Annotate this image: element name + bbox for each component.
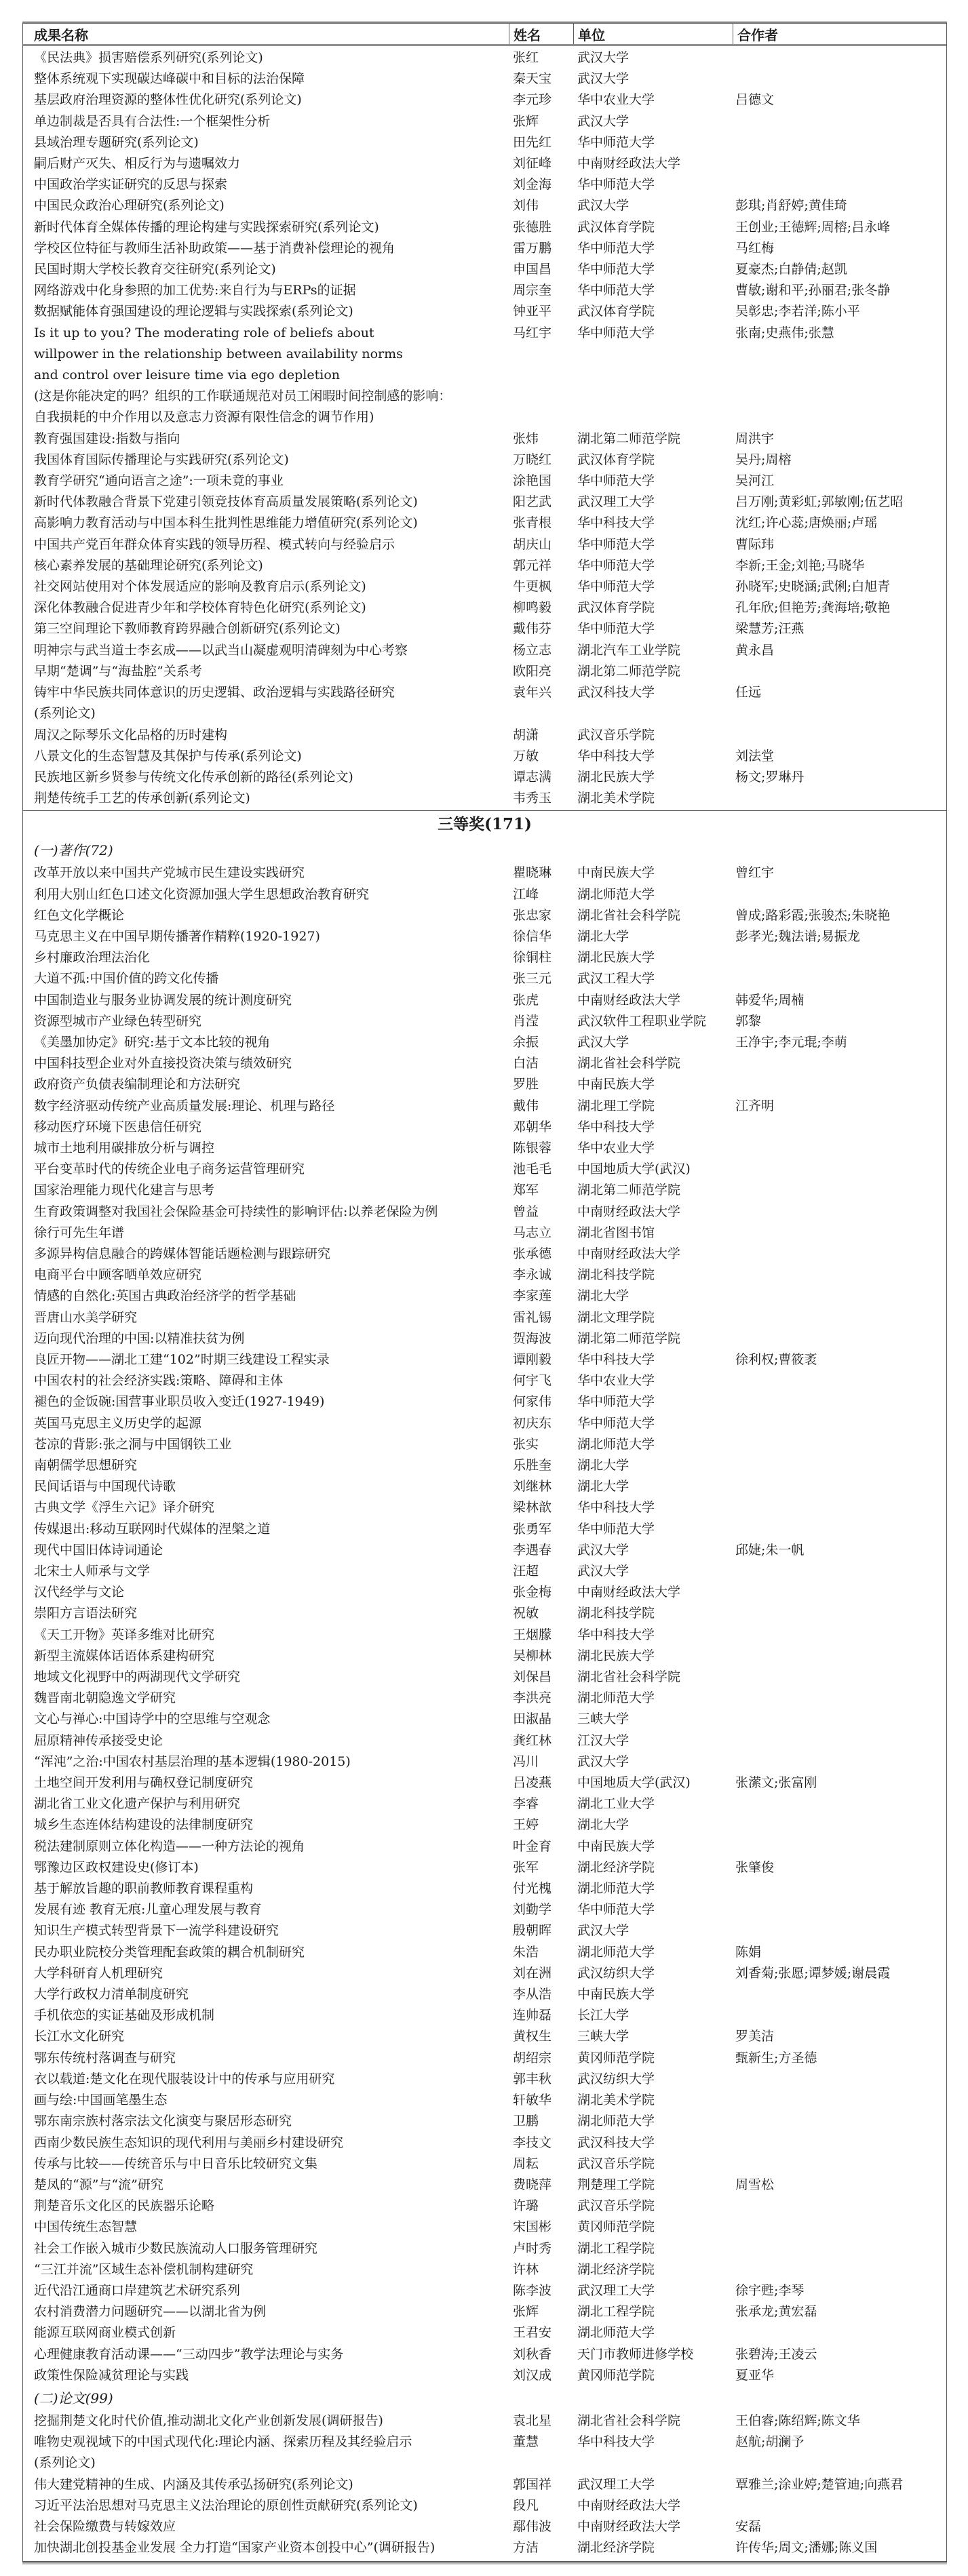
institution: 湖北工程学院 <box>573 2238 733 2259</box>
institution: 华中农业大学 <box>573 90 733 111</box>
result-title: 中国制造业与服务业协调发展的统计测度研究 <box>23 990 509 1011</box>
author-name: 宋国彬 <box>509 2217 573 2238</box>
author-name: 王君安 <box>509 2322 573 2343</box>
author-name: 牛更枫 <box>509 576 573 597</box>
table-row: 中国民众政治心理研究(系列论文)刘伟武汉大学彭琪;肖舒婷;黄佳琦 <box>23 195 946 216</box>
table-row: 县域治理专题研究(系列论文)田先红华中师范大学 <box>23 132 946 153</box>
collaborators: 韩爱华;周楠 <box>733 990 946 1011</box>
table-row: 我国体育国际传播理论与实践研究(系列论文)万晓红武汉体育学院吴丹;周榕 <box>23 450 946 471</box>
institution: 武汉大学 <box>573 1561 733 1582</box>
institution: 武汉理工大学 <box>573 2280 733 2301</box>
result-title: 马克思主义在中国早期传播著作精粹(1920-1927) <box>23 926 509 947</box>
collaborators: 徐利权;曹筱袤 <box>733 1349 946 1370</box>
collaborators: 彭孝光;魏法谱;易振龙 <box>733 926 946 947</box>
result-title: 发展有迹 教育无痕:儿童心理发展与教育 <box>23 1899 509 1920</box>
author-name: 吕凌燕 <box>509 1772 573 1794</box>
author-name: 郑军 <box>509 1180 573 1201</box>
collaborators: 杨文;罗琳丹 <box>733 767 946 788</box>
author-name: 张忠家 <box>509 905 573 926</box>
collaborators <box>733 2259 946 2280</box>
institution: 湖北工程学院 <box>573 2301 733 2322</box>
collaborators <box>733 1159 946 1180</box>
table-row: 《美墨加协定》研究:基于文本比较的视角余振武汉大学王净宇;李元琨;李萌 <box>23 1032 946 1053</box>
author-name: 张实 <box>509 1434 573 1455</box>
table-row: 北宋士人师承与文学汪超武汉大学 <box>23 1561 946 1582</box>
result-title: 红色文化学概论 <box>23 905 509 926</box>
institution: 武汉音乐学院 <box>573 2196 733 2217</box>
collaborators: 黄永昌 <box>733 640 946 661</box>
collaborators: 任远 <box>733 682 946 724</box>
result-title: 中国传统生态智慧 <box>23 2217 509 2238</box>
table-row: 迈向现代治理的中国:以精准扶贫为例贺海波湖北第二师范学院 <box>23 1328 946 1349</box>
table-row: 红色文化学概论张忠家湖北省社会科学院曾成;路彩霞;张骏杰;朱晓艳 <box>23 905 946 926</box>
author-name: 谭志满 <box>509 767 573 788</box>
result-title: 传媒退出:移动互联网时代媒体的涅槃之道 <box>23 1519 509 1540</box>
institution: 湖北师范大学 <box>573 2111 733 2132</box>
collaborators: 王伯睿;陈绍辉;陈文华 <box>733 2411 946 2432</box>
institution: 中南民族大学 <box>573 1836 733 1857</box>
collaborators: 曹际玮 <box>733 534 946 555</box>
table-row: 社交网站使用对个体发展适应的影响及教育启示(系列论文)牛更枫华中师范大学孙晓军;… <box>23 576 946 597</box>
collaborators <box>733 2069 946 2090</box>
result-title: 大道不孤:中国价值的跨文化传播 <box>23 968 509 989</box>
institution: 湖北大学 <box>573 1476 733 1497</box>
table-row: 基于解放旨趣的职前教师教育课程重构付光槐湖北师范大学 <box>23 1878 946 1899</box>
table-row: 中国农村的社会经济实践:策略、障碍和主体何宇飞华中农业大学 <box>23 1370 946 1391</box>
author-name: 何宇飞 <box>509 1370 573 1391</box>
institution: 华中农业大学 <box>573 1370 733 1391</box>
result-title: 伟大建党精神的生成、内涵及其传承弘扬研究(系列论文) <box>23 2474 509 2495</box>
table-row: 新型主流媒体话语体系建构研究吴柳林湖北民族大学 <box>23 1646 946 1667</box>
table-row: 新时代体育全媒体传播的理论构建与实践探索研究(系列论文)张德胜武汉体育学院王创业… <box>23 217 946 238</box>
institution: 中南财经政法大学 <box>573 990 733 1011</box>
collaborators <box>733 2090 946 2111</box>
collaborators <box>733 153 946 174</box>
author-name: 白洁 <box>509 1053 573 1074</box>
table-row: 单边制裁是否具有合法性:一个框架性分析张辉武汉大学 <box>23 111 946 132</box>
institution: 湖北第二师范学院 <box>573 1328 733 1349</box>
result-title: 知识生产模式转型背景下一流学科建设研究 <box>23 1920 509 1941</box>
author-name: 许璐 <box>509 2196 573 2217</box>
table-row: 衣以载道:楚文化在现代服装设计中的传承与应用研究郭丰秋武汉纺织大学 <box>23 2069 946 2090</box>
collaborators <box>733 1878 946 1899</box>
institution: 黄冈师范学院 <box>573 2217 733 2238</box>
institution: 武汉软件工程职业学院 <box>573 1011 733 1032</box>
collaborators <box>733 1899 946 1920</box>
author-name: 申国昌 <box>509 259 573 280</box>
collaborators: 张南;史燕伟;张慧 <box>733 323 946 429</box>
results-table-body: 《民法典》损害赔偿系列研究(系列论文)张红武汉大学整体系统观下实现碳达峰碳中和目… <box>23 46 946 2561</box>
result-title: 魏晋南北朝隐逸文学研究 <box>23 1688 509 1709</box>
table-row: 中国共产党百年群众体育实践的领导历程、模式转向与经验启示胡庆山华中师范大学曹际玮 <box>23 534 946 555</box>
institution: 三峡大学 <box>573 1709 733 1730</box>
table-row: 数据赋能体育强国建设的理论逻辑与实践探索(系列论文)钟亚平武汉体育学院吴彰忠;李… <box>23 301 946 322</box>
collaborators <box>733 132 946 153</box>
result-title: 汉代经学与文论 <box>23 1582 509 1603</box>
result-title: 画与绘:中国画笔墨生态 <box>23 2090 509 2111</box>
result-title: 古典文学《浮生六记》译介研究 <box>23 1497 509 1518</box>
table-row: 农村消费潜力问题研究——以湖北省为例张辉湖北工程学院张承龙;黄宏磊 <box>23 2301 946 2322</box>
result-title: 中国民众政治心理研究(系列论文) <box>23 195 509 216</box>
result-title: 改革开放以来中国共产党城市民生建设实践研究 <box>23 863 509 884</box>
result-title: 移动医疗环境下医患信任研究 <box>23 1117 509 1138</box>
collaborators <box>733 968 946 989</box>
column-header-result-name: 成果名称 <box>23 24 509 44</box>
result-title: 新时代体育全媒体传播的理论构建与实践探索研究(系列论文) <box>23 217 509 238</box>
collaborators: 罗美洁 <box>733 2026 946 2047</box>
collaborators <box>733 1709 946 1730</box>
collaborators: 孙晓军;史晓涵;武俐;白旭青 <box>733 576 946 597</box>
page: { "table": { "columns": ["成果名称", "姓名", "… <box>0 0 968 2576</box>
institution: 华中师范大学 <box>573 323 733 429</box>
collaborators <box>733 1667 946 1688</box>
result-title: 新时代体教融合背景下党建引领竞技体育高质量发展策略(系列论文) <box>23 492 509 513</box>
result-title: 心理健康教育活动课——“三动四步”教学法理论与实务 <box>23 2344 509 2365</box>
author-name: 江峰 <box>509 884 573 905</box>
author-name: 刘金海 <box>509 174 573 195</box>
result-title: 良匠开物——湖北工建“102”时期三线建设工程实录 <box>23 1349 509 1370</box>
institution: 武汉科技大学 <box>573 2133 733 2154</box>
table-row: 中国制造业与服务业协调发展的统计测度研究张虎中南财经政法大学韩爱华;周楠 <box>23 990 946 1011</box>
table-row: 八景文化的生态智慧及其保护与传承(系列论文)万敏华中科技大学刘法堂 <box>23 746 946 767</box>
collaborators <box>733 1265 946 1286</box>
author-name: 袁年兴 <box>509 682 573 724</box>
author-name: 卫鹏 <box>509 2111 573 2132</box>
collaborators <box>733 1413 946 1434</box>
collaborators <box>733 1180 946 1201</box>
result-title: Is it up to you? The moderating role of … <box>23 323 509 429</box>
institution: 湖北工业大学 <box>573 1794 733 1815</box>
table-row: 长江水文化研究黄权生三峡大学罗美洁 <box>23 2026 946 2047</box>
collaborators <box>733 1370 946 1391</box>
author-name: 戴伟芬 <box>509 618 573 639</box>
institution: 黄冈师范学院 <box>573 2365 733 2386</box>
table-row: 乡村廉政治理法治化徐铜柱湖北民族大学 <box>23 947 946 968</box>
author-name: 张红 <box>509 47 573 68</box>
table-row: 大道不孤:中国价值的跨文化传播张三元武汉工程大学 <box>23 968 946 989</box>
table-row: 古典文学《浮生六记》译介研究梁林歆华中科技大学 <box>23 1497 946 1518</box>
author-name: 张青根 <box>509 513 573 534</box>
result-title: 中国政治学实证研究的反思与探索 <box>23 174 509 195</box>
collaborators <box>733 1984 946 2005</box>
result-title: 城乡生态连体结构建设的法律制度研究 <box>23 1815 509 1836</box>
table-row: 平台变革时代的传统企业电子商务运营管理研究池毛毛中国地质大学(武汉) <box>23 1159 946 1180</box>
institution: 华中农业大学 <box>573 1138 733 1159</box>
table-row: 鄂东传统村落调查与研究胡绍宗黄冈师范学院甄新生;方圣德 <box>23 2048 946 2069</box>
institution: 华中师范大学 <box>573 174 733 195</box>
result-title: “三江并流”区域生态补偿机制构建研究 <box>23 2259 509 2280</box>
result-title: 基于解放旨趣的职前教师教育课程重构 <box>23 1878 509 1899</box>
collaborators <box>733 1920 946 1941</box>
author-name: 万晓红 <box>509 450 573 471</box>
author-name: 刘勤学 <box>509 1899 573 1920</box>
result-title: 苍凉的背影:张之洞与中国钢铁工业 <box>23 1434 509 1455</box>
table-row: 唯物史观视域下的中国式现代化:理论内涵、探索历程及其经验启示 (系列论文)董慧华… <box>23 2432 946 2474</box>
institution: 湖北师范大学 <box>573 1688 733 1709</box>
institution: 湖北大学 <box>573 1455 733 1476</box>
institution: 武汉科技大学 <box>573 682 733 724</box>
collaborators <box>733 2154 946 2175</box>
collaborators <box>733 2196 946 2217</box>
institution: 华中师范大学 <box>573 1899 733 1920</box>
result-title: 长江水文化研究 <box>23 2026 509 2047</box>
table-row: 周汉之际琴乐文化品格的历时建构胡潇武汉音乐学院 <box>23 725 946 746</box>
author-name: 张辉 <box>509 2301 573 2322</box>
result-title: 教育学研究“通向语言之途”:一项未竟的事业 <box>23 471 509 492</box>
collaborators <box>733 1117 946 1138</box>
collaborators: 曾成;路彩霞;张骏杰;朱晓艳 <box>733 905 946 926</box>
table-row: 传媒退出:移动互联网时代媒体的涅槃之道张勇军华中师范大学 <box>23 1519 946 1540</box>
author-name: 胡绍宗 <box>509 2048 573 2069</box>
institution: 华中科技大学 <box>573 513 733 534</box>
author-name: 柳鸣毅 <box>509 597 573 618</box>
collaborators <box>733 1603 946 1624</box>
collaborators: 曹敏;谢和平;孙丽君;张冬静 <box>733 280 946 301</box>
table-row: 中国政治学实证研究的反思与探索刘金海华中师范大学 <box>23 174 946 195</box>
author-name: 曾益 <box>509 1202 573 1223</box>
collaborators: 吕万刚;黄彩虹;郭敏刚;伍艺昭 <box>733 492 946 513</box>
collaborators <box>733 1434 946 1455</box>
institution: 天门市教师进修学校 <box>573 2344 733 2365</box>
collaborators <box>733 1730 946 1751</box>
author-name: 徐信华 <box>509 926 573 947</box>
table-row: 习近平法治思想对马克思主义法治理论的原创性贡献研究(系列论文)段凡中南财经政法大… <box>23 2495 946 2516</box>
result-title: 嗣后财产灭失、相反行为与遗嘱效力 <box>23 153 509 174</box>
author-name: 郭国祥 <box>509 2474 573 2495</box>
author-name: 周宗奎 <box>509 280 573 301</box>
institution: 武汉大学 <box>573 195 733 216</box>
author-name: 李睿 <box>509 1794 573 1815</box>
result-title: 单边制裁是否具有合法性:一个框架性分析 <box>23 111 509 132</box>
author-name: 李遇春 <box>509 1540 573 1561</box>
result-title: 社会工作嵌入城市少数民族流动人口服务管理研究 <box>23 2238 509 2259</box>
result-title: 城市土地利用碳排放分析与调控 <box>23 1138 509 1159</box>
institution: 湖北科技学院 <box>573 1603 733 1624</box>
collaborators <box>733 1646 946 1667</box>
table-row: 数字经济驱动传统产业高质量发展:理论、机理与路径戴伟湖北理工学院江齐明 <box>23 1096 946 1117</box>
author-name: 刘继林 <box>509 1476 573 1497</box>
collaborators <box>733 1202 946 1223</box>
collaborators: 张肇俊 <box>733 1857 946 1878</box>
collaborators: 王创业;王德辉;周榕;吕永峰 <box>733 217 946 238</box>
author-name: 马志立 <box>509 1223 573 1244</box>
table-row: 褪色的金饭碗:国营事业职员收入变迁(1927-1949)何家伟华中师范大学 <box>23 1391 946 1412</box>
table-row: 荆楚音乐文化区的民族器乐论略许璐武汉音乐学院 <box>23 2196 946 2217</box>
result-title: 现代中国旧体诗词通论 <box>23 1540 509 1561</box>
author-name: 张虎 <box>509 990 573 1011</box>
author-name: 池毛毛 <box>509 1159 573 1180</box>
institution: 湖北师范大学 <box>573 1942 733 1963</box>
result-title: 能源互联网商业模式创新 <box>23 2322 509 2343</box>
result-title: 电商平台中顾客晒单效应研究 <box>23 1265 509 1286</box>
author-name: 阳艺武 <box>509 492 573 513</box>
result-title: 整体系统观下实现碳达峰碳中和目标的法治保障 <box>23 68 509 90</box>
result-title: 近代沿江通商口岸建筑艺术研究系列 <box>23 2280 509 2301</box>
institution: 湖北大学 <box>573 926 733 947</box>
collaborators: 曾红宇 <box>733 863 946 884</box>
result-title: 民国时期大学校长教育交往研究(系列论文) <box>23 259 509 280</box>
institution: 华中科技大学 <box>573 746 733 767</box>
institution: 湖北大学 <box>573 1286 733 1307</box>
institution: 中南财经政法大学 <box>573 1582 733 1603</box>
result-title: 中国共产党百年群众体育实践的领导历程、模式转向与经验启示 <box>23 534 509 555</box>
result-title: 教育强国建设:指数与指向 <box>23 429 509 450</box>
collaborators: 张承龙;黄宏磊 <box>733 2301 946 2322</box>
table-row: 西南少数民族生态知识的现代利用与美丽乡村建设研究李技文武汉科技大学 <box>23 2133 946 2154</box>
institution: 中南民族大学 <box>573 1984 733 2005</box>
institution: 湖北经济学院 <box>573 2537 733 2558</box>
result-title: 铸牢中华民族共同体意识的历史逻辑、政治逻辑与实践路径研究 (系列论文) <box>23 682 509 724</box>
award-section-heading: 三等奖(171) <box>23 810 946 838</box>
author-name: 董慧 <box>509 2432 573 2474</box>
table-row: 早期“楚调”与“海盐腔”关系考欧阳亮湖北第二师范学院 <box>23 661 946 682</box>
result-title: 英国马克思主义历史学的起源 <box>23 1413 509 1434</box>
collaborators <box>733 1561 946 1582</box>
institution: 湖北科技学院 <box>573 1265 733 1286</box>
institution: 武汉体育学院 <box>573 217 733 238</box>
author-name: 郭丰秋 <box>509 2069 573 2090</box>
result-title: 数字经济驱动传统产业高质量发展:理论、机理与路径 <box>23 1096 509 1117</box>
table-row: 苍凉的背影:张之洞与中国钢铁工业张实湖北师范大学 <box>23 1434 946 1455</box>
collaborators: 刘法堂 <box>733 746 946 767</box>
result-title: 多源异构信息融合的跨媒体智能话题检测与跟踪研究 <box>23 1244 509 1265</box>
collaborators: 周雪松 <box>733 2175 946 2196</box>
institution: 湖北美术学院 <box>573 788 733 809</box>
institution: 湖北文理学院 <box>573 1307 733 1328</box>
table-row: 基层政府治理资源的整体性优化研究(系列论文)李元珍华中农业大学吕德文 <box>23 90 946 111</box>
result-title: 加快湖北创投基金业发展 全力打造“国家产业资本创投中心”(调研报告) <box>23 2537 509 2558</box>
institution: 湖北省社会科学院 <box>573 905 733 926</box>
table-row: 晋唐山水美学研究雷礼锡湖北文理学院 <box>23 1307 946 1328</box>
result-title: 习近平法治思想对马克思主义法治理论的原创性贡献研究(系列论文) <box>23 2495 509 2516</box>
institution: 武汉大学 <box>573 1540 733 1561</box>
collaborators <box>733 1625 946 1646</box>
table-row: 《天工开物》英译多维对比研究王烟朦华中科技大学 <box>23 1625 946 1646</box>
institution: 湖北大学 <box>573 1815 733 1836</box>
author-name: 何家伟 <box>509 1391 573 1412</box>
table-row: 深化体教融合促进青少年和学校体育特色化研究(系列论文)柳鸣毅武汉体育学院孔年欣;… <box>23 597 946 618</box>
institution: 武汉体育学院 <box>573 450 733 471</box>
table-row: 民办职业院校分类管理配套政策的耦合机制研究朱浩湖北师范大学陈娟 <box>23 1942 946 1963</box>
table-row: 大学科研育人机理研究刘在洲武汉纺织大学刘香菊;张愿;谭梦媛;谢晨霞 <box>23 1963 946 1984</box>
author-name: 欧阳亮 <box>509 661 573 682</box>
table-row: 南朝儒学思想研究乐胜奎湖北大学 <box>23 1455 946 1476</box>
result-title: 地域文化视野中的两湖现代文学研究 <box>23 1667 509 1688</box>
institution: 湖北师范大学 <box>573 2322 733 2343</box>
institution: 华中师范大学 <box>573 534 733 555</box>
collaborators <box>733 2005 946 2026</box>
institution: 黄冈师范学院 <box>573 2048 733 2069</box>
collaborators: 邱婕;朱一帆 <box>733 1540 946 1561</box>
table-row: 挖掘荆楚文化时代价值,推动湖北文化产业创新发展(调研报告)袁北星湖北省社会科学院… <box>23 2411 946 2432</box>
institution: 武汉工程大学 <box>573 968 733 989</box>
institution: 华中科技大学 <box>573 2432 733 2474</box>
column-header-author-name: 姓名 <box>509 24 573 44</box>
table-row: 发展有迹 教育无痕:儿童心理发展与教育刘勤学华中师范大学 <box>23 1899 946 1920</box>
table-row: Is it up to you? The moderating role of … <box>23 323 946 429</box>
institution: 湖北第二师范学院 <box>573 661 733 682</box>
author-name: 刘征峰 <box>509 153 573 174</box>
result-title: 数据赋能体育强国建设的理论逻辑与实践探索(系列论文) <box>23 301 509 322</box>
result-title: 《天工开物》英译多维对比研究 <box>23 1625 509 1646</box>
table-row: 利用大别山红色口述文化资源加强大学生思想政治教育研究江峰湖北师范大学 <box>23 884 946 905</box>
collaborators: 张潆文;张富刚 <box>733 1772 946 1794</box>
collaborators <box>733 1074 946 1095</box>
institution: 武汉大学 <box>573 1920 733 1941</box>
result-title: 核心素养发展的基础理论研究(系列论文) <box>23 555 509 576</box>
institution: 三峡大学 <box>573 2026 733 2047</box>
author-name: 叶金育 <box>509 1836 573 1857</box>
collaborators <box>733 1688 946 1709</box>
author-name: 韦秀玉 <box>509 788 573 809</box>
author-name: 许林 <box>509 2259 573 2280</box>
author-name: 刘保昌 <box>509 1667 573 1688</box>
result-title: 《美墨加协定》研究:基于文本比较的视角 <box>23 1032 509 1053</box>
result-title: 中国农村的社会经济实践:策略、障碍和主体 <box>23 1370 509 1391</box>
institution: 华中师范大学 <box>573 280 733 301</box>
collaborators: 梁慧芳;汪燕 <box>733 618 946 639</box>
awards-table: 成果名称 姓名 单位 合作者 《民法典》损害赔偿系列研究(系列论文)张红武汉大学… <box>22 22 947 2562</box>
table-row: 城市土地利用碳排放分析与调控陈银蓉华中农业大学 <box>23 1138 946 1159</box>
table-row: 伟大建党精神的生成、内涵及其传承弘扬研究(系列论文)郭国祥武汉理工大学覃雅兰;涂… <box>23 2474 946 2495</box>
table-row: 电商平台中顾客晒单效应研究李永诚湖北科技学院 <box>23 1265 946 1286</box>
result-title: 传承与比较——传统音乐与中日音乐比较研究文集 <box>23 2154 509 2175</box>
collaborators: 许传华;周文;潘娜;陈义国 <box>733 2537 946 2558</box>
table-row: 魏晋南北朝隐逸文学研究李洪亮湖北师范大学 <box>23 1688 946 1709</box>
table-row: 《民法典》损害赔偿系列研究(系列论文)张红武汉大学 <box>23 47 946 68</box>
table-row: 民族地区新乡贤参与传统文化传承创新的路径(系列论文)谭志满湖北民族大学杨文;罗琳… <box>23 767 946 788</box>
author-name: 张炜 <box>509 429 573 450</box>
institution: 湖北民族大学 <box>573 947 733 968</box>
table-row: 整体系统观下实现碳达峰碳中和目标的法治保障秦天宝武汉大学 <box>23 68 946 90</box>
table-row: 第三空间理论下教师教育跨界融合创新研究(系列论文)戴伟芬华中师范大学梁慧芳;汪燕 <box>23 618 946 639</box>
collaborators: 覃雅兰;涂业婷;楚管迪;向燕君 <box>733 2474 946 2495</box>
institution: 武汉音乐学院 <box>573 725 733 746</box>
table-row: 政策性保险减贫理论与实践刘汉成黄冈师范学院夏亚华 <box>23 2365 946 2386</box>
collaborators: 安磊 <box>733 2516 946 2537</box>
institution: 武汉理工大学 <box>573 2474 733 2495</box>
author-name: 张承德 <box>509 1244 573 1265</box>
subsection-heading: (二)论文(99) <box>23 2386 946 2411</box>
author-name: 胡庆山 <box>509 534 573 555</box>
author-name: 张勇军 <box>509 1519 573 1540</box>
author-name: 方洁 <box>509 2537 573 2558</box>
table-row: 铸牢中华民族共同体意识的历史逻辑、政治逻辑与实践路径研究 (系列论文)袁年兴武汉… <box>23 682 946 724</box>
institution: 长江大学 <box>573 2005 733 2026</box>
collaborators <box>733 1286 946 1307</box>
collaborators: 陈娟 <box>733 1942 946 1963</box>
author-name: 梁林歆 <box>509 1497 573 1518</box>
table-row: 土地空间开发利用与确权登记制度研究吕凌燕中国地质大学(武汉)张潆文;张富刚 <box>23 1772 946 1794</box>
table-row: 手机依恋的实证基础及形成机制连帅磊长江大学 <box>23 2005 946 2026</box>
result-title: 大学科研育人机理研究 <box>23 1963 509 1984</box>
author-name: 田淑晶 <box>509 1709 573 1730</box>
author-name: 汪超 <box>509 1561 573 1582</box>
table-row: “三江并流”区域生态补偿机制构建研究许林湖北经济学院 <box>23 2259 946 2280</box>
result-title: 税法建制原则立体化构造——一种方法论的视角 <box>23 1836 509 1857</box>
result-title: 平台变革时代的传统企业电子商务运营管理研究 <box>23 1159 509 1180</box>
collaborators: 吴彰忠;李若洋;陈小平 <box>733 301 946 322</box>
institution: 华中师范大学 <box>573 618 733 639</box>
institution: 湖北师范大学 <box>573 1434 733 1455</box>
author-name: 瞿晓琳 <box>509 863 573 884</box>
author-name: 张三元 <box>509 968 573 989</box>
result-title: 国家治理能力现代化建言与思考 <box>23 1180 509 1201</box>
institution: 武汉大学 <box>573 68 733 90</box>
subsection-heading: (一)著作(72) <box>23 838 946 863</box>
author-name: 李从浩 <box>509 1984 573 2005</box>
result-title: 明神宗与武当道士李玄成——以武当山凝虚观明清碑刻为中心考察 <box>23 640 509 661</box>
